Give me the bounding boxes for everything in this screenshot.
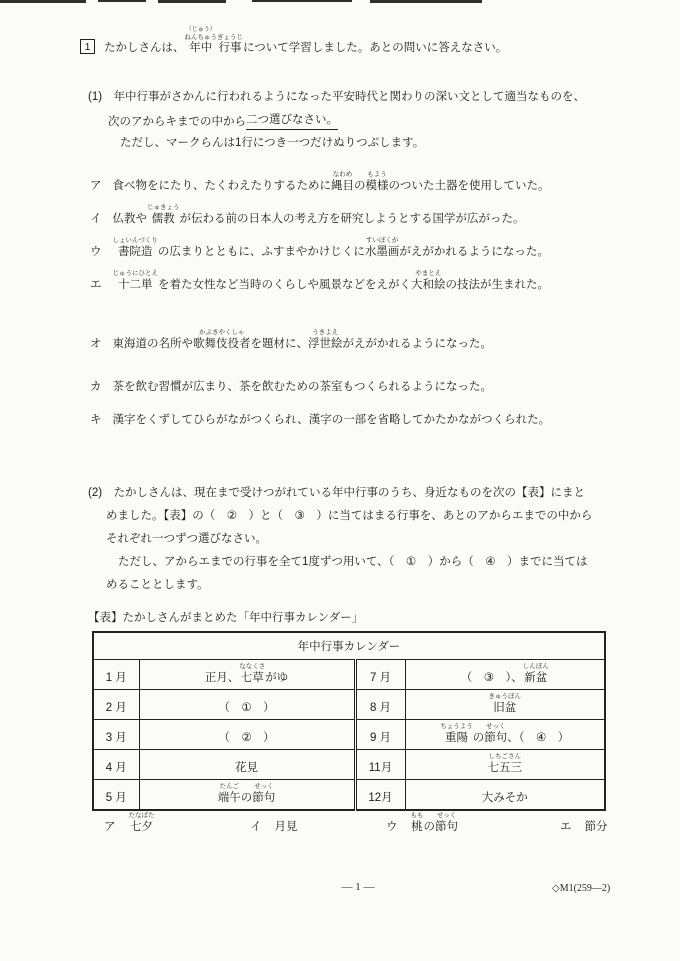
page-number: — 1 — bbox=[318, 881, 398, 893]
option-text: 漢字をくずしてひらがながつくられ、漢字の一部を省略してかたかながつくられた。 bbox=[113, 413, 551, 428]
answer-label: イ bbox=[250, 820, 262, 835]
month-cell: 1 月 bbox=[93, 660, 139, 690]
event-cell: 正月、ななくさ七草がゆ bbox=[139, 660, 355, 690]
answer-option-a: ア たなばた七夕 bbox=[104, 811, 155, 835]
question-title: たかしさんは、（じゅう）ねんちゅう年中ぎょうじ行事について学習しました。あとの問… bbox=[104, 27, 507, 56]
document-code: ◇M1(259—2) bbox=[552, 883, 610, 894]
option-row-u: ウ しょいんづくり書院造の広まりとともに、ふすまやかけじくにすいぼくが水墨画がえ… bbox=[90, 236, 549, 260]
event-cell: しちごさん七五三 bbox=[405, 750, 605, 780]
option-text: 食べ物をにたり、たくわえたりするためになわめ縄目のもよう模様のついた土器を使用し… bbox=[113, 171, 550, 194]
event-cell: 大みそか bbox=[405, 780, 605, 811]
option-label: ア bbox=[90, 179, 102, 194]
scan-edge-mark bbox=[370, 0, 482, 3]
table-row: 5 月 たんご端午のせっく節句 12月 大みそか bbox=[93, 780, 605, 811]
q1-line-2: 次のアからキまでの中から二つ選びなさい。 bbox=[108, 113, 338, 130]
option-text: 仏教やじゅきょう儒教が伝わる前の日本人の考え方を研究しようとする国学が広がった。 bbox=[113, 204, 525, 227]
table-row: 3 月 （ ② ） 9 月 ちょうよう重陽のせっく節句、（ ④ ） bbox=[93, 720, 605, 750]
month-cell: 4 月 bbox=[93, 750, 139, 780]
month-cell: 11月 bbox=[355, 750, 405, 780]
answer-option-i: イ 月見 bbox=[250, 811, 298, 835]
q2-line-4: ただし、アからエまでの行事を全て1度ずつ用いて、（ ① ）から（ ④ ）までに当… bbox=[118, 555, 588, 570]
answer-text: 月見 bbox=[275, 820, 298, 835]
scan-edge-mark bbox=[252, 0, 352, 2]
option-label: エ bbox=[90, 278, 102, 293]
event-cell: （ ③ ）、しんぼん新盆 bbox=[405, 660, 605, 690]
answer-option-u: ウ もも桃のせっく節句 bbox=[386, 811, 458, 835]
option-row-ki: キ 漢字をくずしてひらがながつくられ、漢字の一部を省略してかたかながつくられた。 bbox=[90, 404, 550, 428]
option-row-ka: カ 茶を飲む習慣が広まり、茶を飲むための茶室もつくられるようになった。 bbox=[90, 371, 492, 395]
event-cell: きゅうぼん旧盆 bbox=[405, 690, 605, 720]
scan-edge-mark bbox=[98, 0, 146, 2]
answer-label: エ bbox=[560, 820, 572, 835]
scan-edge-mark bbox=[158, 0, 226, 3]
option-text: 茶を飲む習慣が広まり、茶を飲むための茶室もつくられるようになった。 bbox=[113, 380, 493, 395]
q1-line-1: (1) 年中行事がさかんに行われるようになった平安時代と関わりの深い文として適当… bbox=[88, 90, 585, 105]
month-cell: 7 月 bbox=[355, 660, 405, 690]
answer-text: もも桃のせっく節句 bbox=[411, 812, 459, 835]
q1-line-3: ただし、マークらんは1行につき一つだけぬりつぶします。 bbox=[120, 136, 424, 151]
event-cell: （ ① ） bbox=[139, 690, 355, 720]
scanned-exam-page: { "document": { "question_number": "1", … bbox=[0, 0, 680, 961]
option-label: ウ bbox=[90, 245, 102, 260]
answer-option-e: エ 節分 bbox=[560, 811, 608, 835]
q2-line-2: めました。【表】の（ ② ）と（ ③ ）に当てはまる行事を、あとのアからエまでの… bbox=[106, 509, 592, 524]
month-cell: 5 月 bbox=[93, 780, 139, 811]
question-number-box: 1 bbox=[80, 39, 95, 54]
month-cell: 2 月 bbox=[93, 690, 139, 720]
option-text: じゅうにひとえ十二単を着た女性など当時のくらしや風景などをえがくやまとえ大和絵の… bbox=[113, 270, 550, 293]
calendar-table: 年中行事カレンダー 1 月 正月、ななくさ七草がゆ 7 月 （ ③ ）、しんぼん… bbox=[92, 631, 606, 811]
q2-line-3: それぞれ一つずつ選びなさい。 bbox=[106, 532, 267, 547]
event-cell: 花見 bbox=[139, 750, 355, 780]
answer-text: たなばた七夕 bbox=[129, 812, 155, 835]
table-title: 年中行事カレンダー bbox=[93, 632, 605, 660]
month-cell: 9 月 bbox=[355, 720, 405, 750]
q2-line-5: めることとします。 bbox=[106, 578, 209, 593]
event-cell: （ ② ） bbox=[139, 720, 355, 750]
table-caption: 【表】たかしさんがまとめた「年中行事カレンダー」 bbox=[88, 611, 363, 626]
event-cell: ちょうよう重陽のせっく節句、（ ④ ） bbox=[405, 720, 605, 750]
option-row-a: ア 食べ物をにたり、たくわえたりするためになわめ縄目のもよう模様のついた土器を使… bbox=[90, 170, 550, 194]
option-row-o: オ 東海道の名所やかぶきやくしゃ歌舞伎役者を題材に、うきよえ浮世絵がえがかれるよ… bbox=[90, 328, 492, 352]
q2-line-1: (2) たかしさんは、現在まで受けつがれている年中行事のうち、身近なものを次の【… bbox=[88, 486, 585, 501]
month-cell: 12月 bbox=[355, 780, 405, 811]
option-row-e: エ じゅうにひとえ十二単を着た女性など当時のくらしや風景などをえがくやまとえ大和… bbox=[90, 269, 549, 293]
month-cell: 8 月 bbox=[355, 690, 405, 720]
option-label: イ bbox=[90, 212, 102, 227]
table-row: 1 月 正月、ななくさ七草がゆ 7 月 （ ③ ）、しんぼん新盆 bbox=[93, 660, 605, 690]
table-row: 2 月 （ ① ） 8 月 きゅうぼん旧盆 bbox=[93, 690, 605, 720]
event-cell: たんご端午のせっく節句 bbox=[139, 780, 355, 811]
answer-label: ア bbox=[104, 820, 116, 835]
answer-text: 節分 bbox=[585, 820, 608, 835]
table-row: 4 月 花見 11月 しちごさん七五三 bbox=[93, 750, 605, 780]
option-label: カ bbox=[90, 380, 102, 395]
scan-edge-mark bbox=[0, 0, 86, 3]
option-label: キ bbox=[90, 413, 102, 428]
question-title-row: 1 たかしさんは、（じゅう）ねんちゅう年中ぎょうじ行事について学習しました。あと… bbox=[80, 27, 507, 56]
month-cell: 3 月 bbox=[93, 720, 139, 750]
option-label: オ bbox=[90, 337, 102, 352]
option-text: しょいんづくり書院造の広まりとともに、ふすまやかけじくにすいぼくが水墨画がえがか… bbox=[113, 237, 549, 260]
option-row-i: イ 仏教やじゅきょう儒教が伝わる前の日本人の考え方を研究しようとする国学が広がっ… bbox=[90, 203, 525, 227]
answer-label: ウ bbox=[386, 820, 398, 835]
option-text: 東海道の名所やかぶきやくしゃ歌舞伎役者を題材に、うきよえ浮世絵がえがかれるように… bbox=[113, 329, 493, 352]
